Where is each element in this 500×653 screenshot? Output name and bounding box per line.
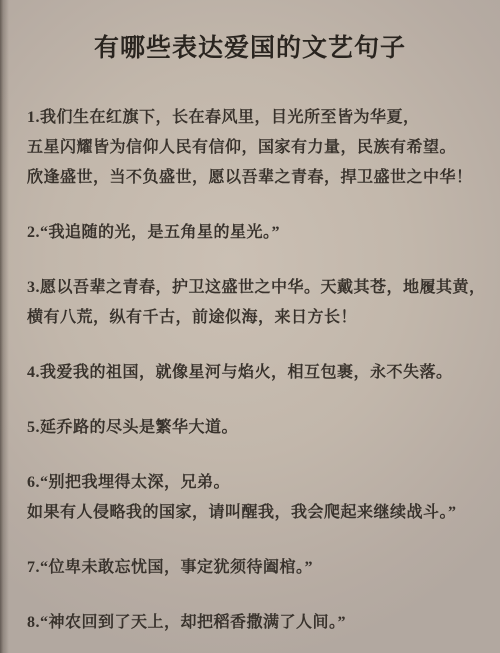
quote-line: 1.我们生在红旗下，长在春风里，目光所至皆为华夏， — [27, 103, 478, 133]
quote-item-5: 5.延乔路的尽头是繁华大道。 — [27, 413, 478, 443]
quote-item-4: 4.我爱我的祖国，就像星河与焰火，相互包裹，永不失落。 — [27, 358, 478, 388]
quote-line: 如果有人侵略我的国家，请叫醒我，我会爬起来继续战斗。” — [27, 498, 478, 528]
quote-line: 横有八荒，纵有千古，前途似海，来日方长！ — [27, 303, 478, 333]
quotes-list: 1.我们生在红旗下，长在春风里，目光所至皆为华夏， 五星闪耀皆为信仰人民有信仰，… — [0, 66, 500, 638]
paper-photo-page: 有哪些表达爱国的文艺句子 1.我们生在红旗下，长在春风里，目光所至皆为华夏， 五… — [0, 0, 500, 653]
quote-line: 3.愿以吾辈之青春，护卫这盛世之中华。天戴其苍，地履其黄， — [27, 273, 478, 303]
quote-line: 4.我爱我的祖国，就像星河与焰火，相互包裹，永不失落。 — [27, 358, 478, 388]
quote-item-2: 2.“我追随的光，是五角星的星光。” — [27, 218, 478, 248]
quote-item-7: 7.“位卑未敢忘忧国，事定犹须待阖棺。” — [27, 553, 478, 583]
quote-line: 2.“我追随的光，是五角星的星光。” — [27, 218, 478, 248]
quote-line: 五星闪耀皆为信仰人民有信仰，国家有力量，民族有希望。 — [27, 133, 478, 163]
quote-item-3: 3.愿以吾辈之青春，护卫这盛世之中华。天戴其苍，地履其黄， 横有八荒，纵有千古，… — [27, 273, 478, 333]
quote-line: 7.“位卑未敢忘忧国，事定犹须待阖棺。” — [27, 553, 478, 583]
quote-line: 5.延乔路的尽头是繁华大道。 — [27, 413, 478, 443]
quote-item-1: 1.我们生在红旗下，长在春风里，目光所至皆为华夏， 五星闪耀皆为信仰人民有信仰，… — [27, 103, 478, 193]
quote-line: 6.“别把我埋得太深，兄弟。 — [27, 468, 478, 498]
page-title: 有哪些表达爱国的文艺句子 — [0, 0, 500, 66]
quote-item-8: 8.“神农回到了天上，却把稻香撒满了人间。” — [27, 608, 478, 638]
quote-item-6: 6.“别把我埋得太深，兄弟。 如果有人侵略我的国家，请叫醒我，我会爬起来继续战斗… — [27, 468, 478, 528]
quote-line: 欣逢盛世，当不负盛世，愿以吾辈之青春，捍卫盛世之中华！ — [27, 163, 478, 193]
quote-line: 8.“神农回到了天上，却把稻香撒满了人间。” — [27, 608, 478, 638]
